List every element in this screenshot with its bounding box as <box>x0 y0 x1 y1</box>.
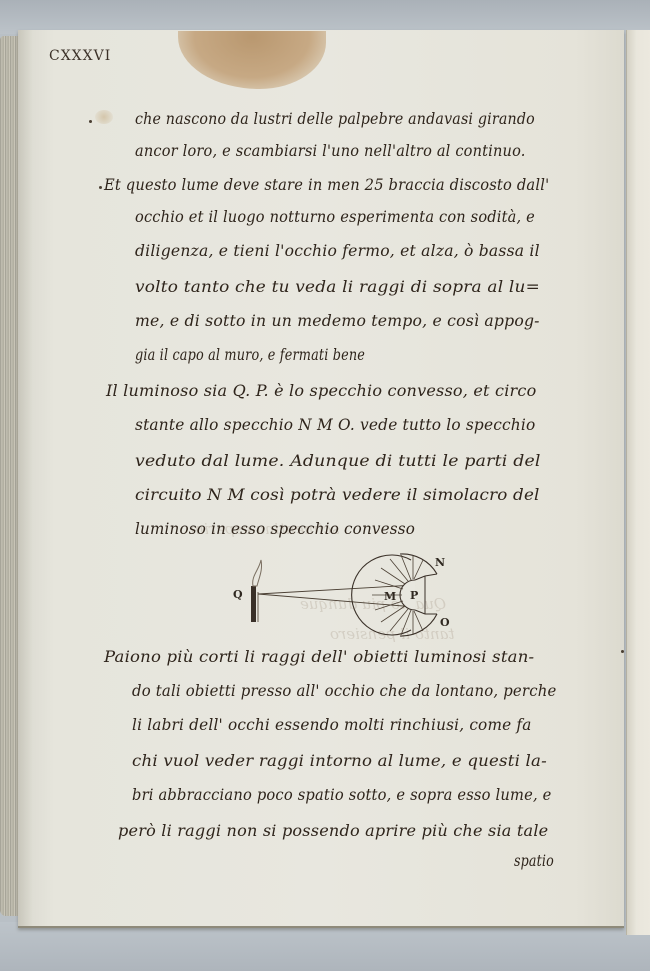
text-line-19: però li raggi non si possendo aprire più… <box>118 822 548 840</box>
text-line-15: do tali obietti presso all' occhio che d… <box>132 682 556 700</box>
text-line-9: Il luminoso sia Q. P. è lo specchio conv… <box>106 382 536 400</box>
backdrop-top <box>0 0 650 34</box>
text-line-10: stante allo specchio N M O. vede tutto l… <box>135 416 535 434</box>
backdrop-bottom <box>0 922 650 971</box>
text-line-14: Paiono più corti li raggi dell' obietti … <box>104 648 534 666</box>
page-gutter <box>18 30 32 926</box>
margin-dot <box>89 120 92 123</box>
label-o: O <box>440 616 450 629</box>
text-line-7: me, e di sotto in un medemo tempo, e cos… <box>135 312 540 330</box>
text-line-17: chi vuol veder raggi intorno al lume, e … <box>132 752 547 770</box>
text-line-6: volto tanto che tu veda li raggi di sopr… <box>135 278 540 296</box>
text-line-18: bri abbracciano poco spatio sotto, e sop… <box>132 786 552 804</box>
text-line-5: diligenza, e tieni l'occhio fermo, et al… <box>135 242 540 260</box>
small-stain <box>95 110 113 124</box>
text-line-20: spatio <box>514 852 554 870</box>
text-line-1: che nascono da lustri delle palpebre and… <box>135 110 535 128</box>
facing-page-edge <box>626 30 650 935</box>
text-line-11: veduto dal lume. Adunque di tutti le par… <box>135 452 541 470</box>
label-p: P <box>410 589 418 602</box>
text-line-16: li labri dell' occhi essendo molti rinch… <box>132 716 532 734</box>
margin-dot <box>621 650 624 653</box>
text-line-8: gia il capo al muro, e fermati bene <box>135 346 365 364</box>
label-q: Q <box>233 588 243 601</box>
text-line-2: ancor loro, e scambiarsi l'uno nell'altr… <box>135 142 526 160</box>
text-line-13: luminoso in esso specchio convesso <box>135 520 415 538</box>
mirror-rays-figure <box>225 552 465 638</box>
optics-diagram: Q M P N O <box>225 552 465 638</box>
folio-number: CXXXVI <box>49 48 111 64</box>
margin-dot <box>99 186 102 189</box>
text-line-12: circuito N M così potrà vedere il simola… <box>135 486 540 504</box>
label-m: M <box>384 590 396 603</box>
label-n: N <box>435 556 445 569</box>
text-line-4: occhio et il luogo notturno esperimenta … <box>135 208 535 226</box>
text-line-3: Et questo lume deve stare in men 25 brac… <box>104 176 549 194</box>
